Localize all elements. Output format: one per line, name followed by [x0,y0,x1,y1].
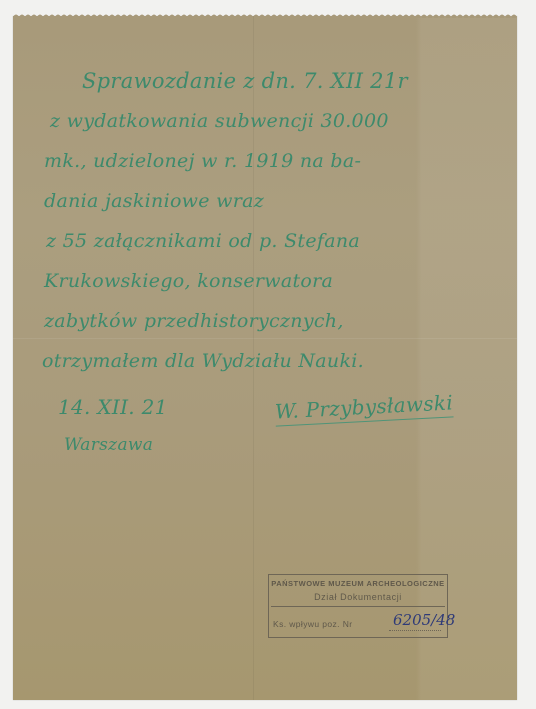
letter-date: 14. XII. 21 [58,395,168,419]
stamp-divider [271,606,445,607]
body-line-1: Sprawozdanie z dn. 7. XII 21r [82,70,408,92]
body-line-6: Krukowskiego, konserwatora [44,270,333,292]
stamp-title: PAŃSTWOWE MUZEUM ARCHEOLOGICZNE [269,579,447,588]
stamp-entry-number: 6205/48 [393,611,455,629]
body-line-7: zabytków przedhistorycznych, [44,310,344,332]
letter-body: Sprawozdanie z dn. 7. XII 21r z wydatkow… [42,70,512,380]
stamp-dotted-line [389,630,441,631]
body-line-4: dania jaskiniowe wraz [44,190,264,212]
letter-place: Warszawa [64,435,153,455]
stamp-department: Dział Dokumentacji [269,592,447,602]
body-line-5: z 55 załącznikami od p. Stefana [46,230,360,252]
stamp-entry-label: Ks. wpływu poz. Nr [273,619,352,629]
body-line-2: z wydatkowania subwencji 30.000 [50,110,389,132]
body-line-8: otrzymałem dla Wydziału Nauki. [42,350,364,372]
museum-stamp: PAŃSTWOWE MUZEUM ARCHEOLOGICZNE Dział Do… [268,574,448,638]
document-scan: Sprawozdanie z dn. 7. XII 21r z wydatkow… [0,0,536,709]
perforated-top-edge [13,13,517,18]
body-line-3: mk., udzielonej w r. 1919 na ba- [44,150,361,172]
